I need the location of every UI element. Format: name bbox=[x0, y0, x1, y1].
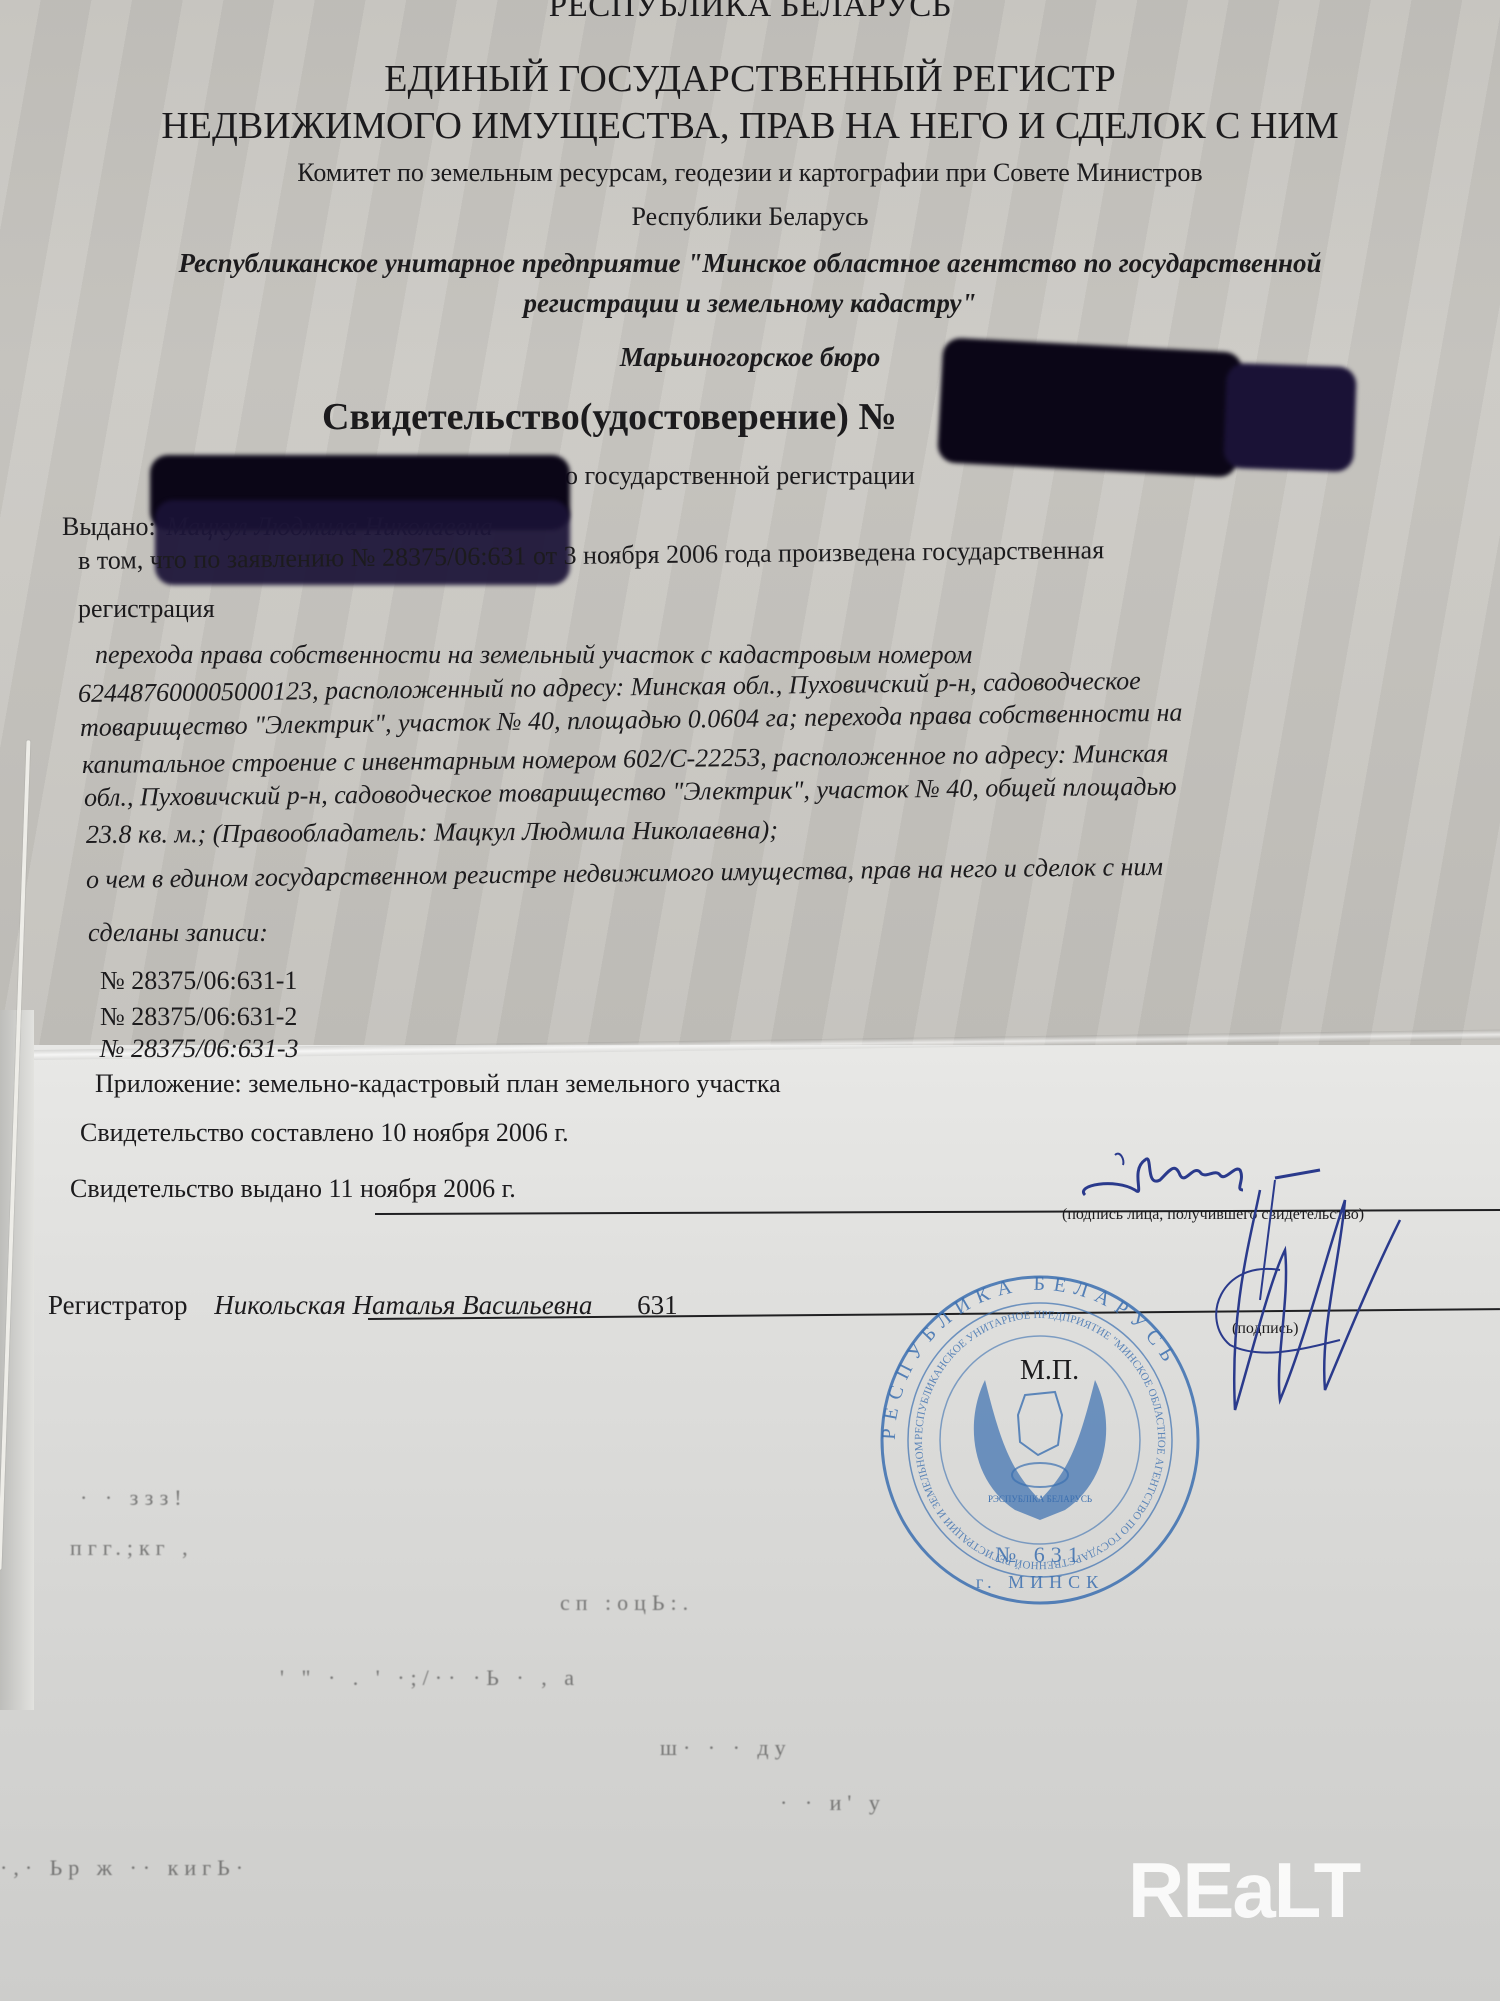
committee-line1: Комитет по земельным ресурсам, геодезии … bbox=[0, 158, 1500, 188]
enterprise-line2: регистрации и земельному кадастру" bbox=[0, 288, 1500, 319]
stamp-city: г. МИНСК bbox=[976, 1572, 1104, 1592]
register-title-line1: ЕДИНЫЙ ГОСУДАРСТВЕННЫЙ РЕГИСТР bbox=[0, 57, 1500, 101]
statement-line2: регистрация bbox=[78, 594, 215, 624]
redaction-certificate-number-2 bbox=[1223, 363, 1357, 472]
redaction-certificate-number bbox=[937, 337, 1243, 478]
detail-line: перехода права собственности на земельны… bbox=[95, 640, 972, 670]
committee-line2: Республики Беларусь bbox=[0, 202, 1500, 232]
faded-mark: ·,· Ьр ж ·· кигЬ· bbox=[0, 1855, 249, 1881]
enterprise-line1: Республиканское унитарное предприятие "М… bbox=[0, 248, 1500, 279]
faded-mark: ш· · · ду bbox=[660, 1735, 792, 1761]
issued-label: Выдано: bbox=[62, 512, 156, 541]
certificate-title: Свидетельство(удостоверение) № bbox=[322, 395, 897, 439]
faded-mark: · · и' у bbox=[780, 1790, 886, 1816]
record-number: № 28375/06:631-3 bbox=[100, 1034, 299, 1064]
faded-mark: сп :оцЬ:. bbox=[560, 1590, 694, 1616]
faded-mark: · · ззз! bbox=[80, 1485, 188, 1511]
register-note-line2: сделаны записи: bbox=[88, 918, 268, 948]
country-heading: РЕСПУБЛИКА БЕЛАРУСЬ bbox=[0, 0, 1500, 25]
certificate-document: РЕСПУБЛИКА БЕЛАРУСЬ ЕДИНЫЙ ГОСУДАРСТВЕНН… bbox=[0, 0, 1500, 2001]
faded-mark: пгг.;кг , bbox=[70, 1535, 194, 1561]
seal-placeholder: М.П. bbox=[1020, 1355, 1079, 1387]
register-title-line2: НЕДВИЖИМОГО ИМУЩЕСТВА, ПРАВ НА НЕГО И СД… bbox=[0, 104, 1500, 148]
stamp-number: № 631 bbox=[995, 1542, 1085, 1567]
realt-watermark-logo: REaLT bbox=[1128, 1845, 1359, 1936]
record-number: № 28375/06:631-1 bbox=[100, 966, 297, 996]
registrar-label: Регистратор bbox=[48, 1290, 188, 1320]
state-registration-subtitle: о государственной регистрации bbox=[565, 461, 915, 491]
registrar-signature bbox=[1140, 1160, 1440, 1420]
registrar-name: Никольская Наталья Васильевна bbox=[214, 1290, 592, 1320]
appendix-note: Приложение: земельно-кадастровый план зе… bbox=[95, 1069, 781, 1099]
detail-line: 23.8 кв. м.; (Правообладатель: Мацкул Лю… bbox=[86, 815, 778, 850]
composed-date: Свидетельство составлено 10 ноября 2006 … bbox=[80, 1118, 569, 1148]
record-number: № 28375/06:631-2 bbox=[100, 1002, 297, 1032]
register-note-line1: о чем в едином государственном регистре … bbox=[86, 852, 1163, 895]
faded-mark: ' " · . ' ·;/·· ·Ь · , а bbox=[280, 1665, 580, 1691]
issued-date: Свидетельство выдано 11 ноября 2006 г. bbox=[70, 1174, 516, 1204]
stamp-emblem-text: РЭСПУБЛІКА БЕЛАРУСЬ bbox=[988, 1494, 1092, 1504]
